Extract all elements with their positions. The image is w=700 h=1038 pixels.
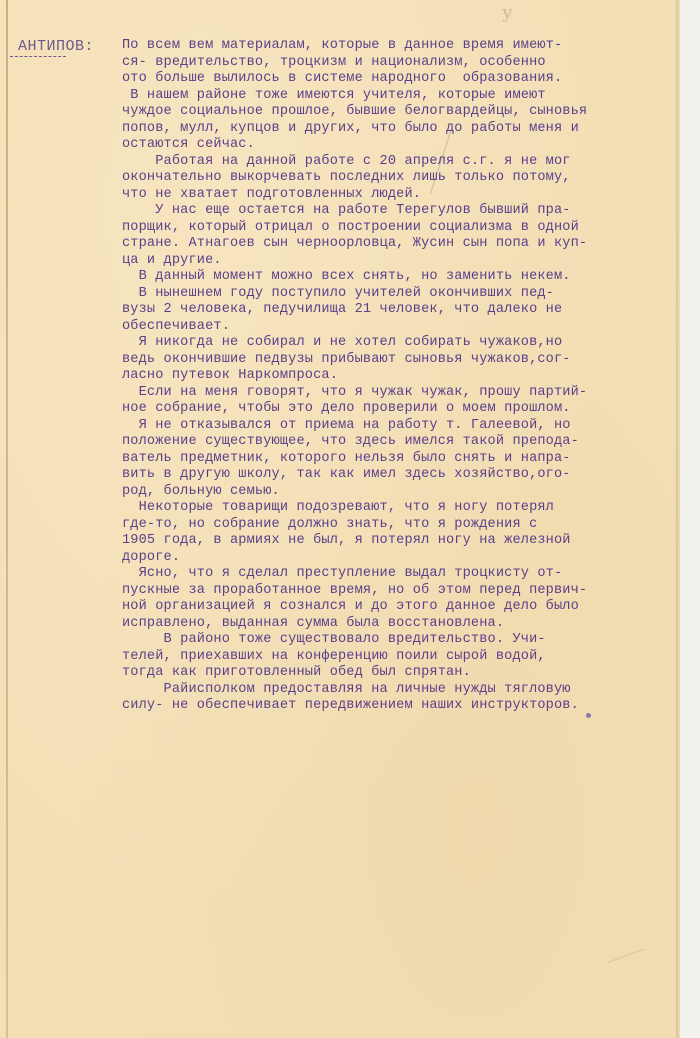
paragraph: Работая на данной работе с 20 апреля с.г…: [122, 154, 678, 204]
text-line: ся- вредительство, троцкизм и национализ…: [122, 55, 678, 72]
paragraph: Некоторые товарищи подозревают, что я но…: [122, 500, 678, 566]
text-line: В нынешнем году поступило учителей оконч…: [122, 286, 678, 303]
text-line: что не хватает подготовленных людей.: [122, 187, 678, 204]
text-line: Ясно, что я сделал преступление выдал тр…: [122, 566, 678, 583]
text-line: телей, приехавших на конференцию поили с…: [122, 649, 678, 666]
text-line: Если на меня говорят, что я чужак чужак,…: [122, 385, 678, 402]
paragraph: Ясно, что я сделал преступление выдал тр…: [122, 566, 678, 632]
text-line: род, больную семью.: [122, 484, 678, 501]
text-line: ной организацией я сознался и до этого д…: [122, 599, 678, 616]
paragraph: В районо тоже существовало вредительство…: [122, 632, 678, 682]
text-line: 1905 года, в армиях не был, я потерял но…: [122, 533, 678, 550]
speaker-name: АНТИПОВ:: [18, 38, 94, 55]
text-line: пускные за проработанное время, но об эт…: [122, 583, 678, 600]
text-line: ласно путевок Наркомпроса.: [122, 368, 678, 385]
pencil-annotation: у: [502, 2, 518, 24]
text-line: обеспечивает.: [122, 319, 678, 336]
paragraph: В нынешнем году поступило учителей оконч…: [122, 286, 678, 336]
paragraph: Я никогда не собирал и не хотел собирать…: [122, 335, 678, 385]
text-line: У нас еще остается на работе Терегулов б…: [122, 203, 678, 220]
paragraph: Райисполком предоставляя на личные нужды…: [122, 682, 678, 715]
text-line: положение существующее, что здесь имелся…: [122, 434, 678, 451]
text-line: окончательно выкорчевать последних лишь …: [122, 170, 678, 187]
text-line: вузы 2 человека, педучилища 21 человек, …: [122, 302, 678, 319]
text-line: вить в другую школу, так как имел здесь …: [122, 467, 678, 484]
text-line: чуждое социальное прошлое, бывшие белогв…: [122, 104, 678, 121]
paper-crease: [607, 949, 650, 977]
paragraph: В нашем районе тоже имеются учителя, кот…: [122, 88, 678, 154]
text-line: исправлено, выданная сумма была восстано…: [122, 616, 678, 633]
page-fold-line: [6, 0, 8, 1038]
ink-dot: [586, 713, 591, 718]
text-line: дороге.: [122, 550, 678, 567]
paragraph: В данный момент можно всех снять, но зам…: [122, 269, 678, 286]
speaker-underline: [10, 56, 66, 57]
paragraph: По всем вем материалам, которые в данное…: [122, 38, 678, 88]
typewritten-body: По всем вем материалам, которые в данное…: [122, 38, 678, 715]
text-line: порщик, который отрицал о построении соц…: [122, 220, 678, 237]
text-line: где-то, но собрание должно знать, что я …: [122, 517, 678, 534]
text-line: В районо тоже существовало вредительство…: [122, 632, 678, 649]
text-line: ведь окончившие педвузы прибывают сыновь…: [122, 352, 678, 369]
text-line: попов, мулл, купцов и других, что было д…: [122, 121, 678, 138]
text-line: По всем вем материалам, которые в данное…: [122, 38, 678, 55]
text-line: Я не отказывался от приема на работу т. …: [122, 418, 678, 435]
text-line: стране. Атнагоев сын черноорловца, Жусин…: [122, 236, 678, 253]
text-line: тогда как приготовленный обед был спрята…: [122, 665, 678, 682]
text-line: Некоторые товарищи подозревают, что я но…: [122, 500, 678, 517]
text-line: ватель предметник, которого нельзя было …: [122, 451, 678, 468]
paragraph: У нас еще остается на работе Терегулов б…: [122, 203, 678, 269]
text-line: ото больше вылилось в системе народного …: [122, 71, 678, 88]
text-line: Я никогда не собирал и не хотел собирать…: [122, 335, 678, 352]
text-line: В нашем районе тоже имеются учителя, кот…: [122, 88, 678, 105]
text-line: Работая на данной работе с 20 апреля с.г…: [122, 154, 678, 171]
text-line: ное собрание, чтобы это дело проверили о…: [122, 401, 678, 418]
paragraph: Я не отказывался от приема на работу т. …: [122, 418, 678, 501]
text-line: силу- не обеспечивает передвижением наши…: [122, 698, 678, 715]
text-line: Райисполком предоставляя на личные нужды…: [122, 682, 678, 699]
text-line: ца и другие.: [122, 253, 678, 270]
paragraph: Если на меня говорят, что я чужак чужак,…: [122, 385, 678, 418]
text-line: остаются сейчас.: [122, 137, 678, 154]
text-line: В данный момент можно всех снять, но зам…: [122, 269, 678, 286]
document-page: у АНТИПОВ: По всем вем материалам, котор…: [0, 0, 680, 1038]
